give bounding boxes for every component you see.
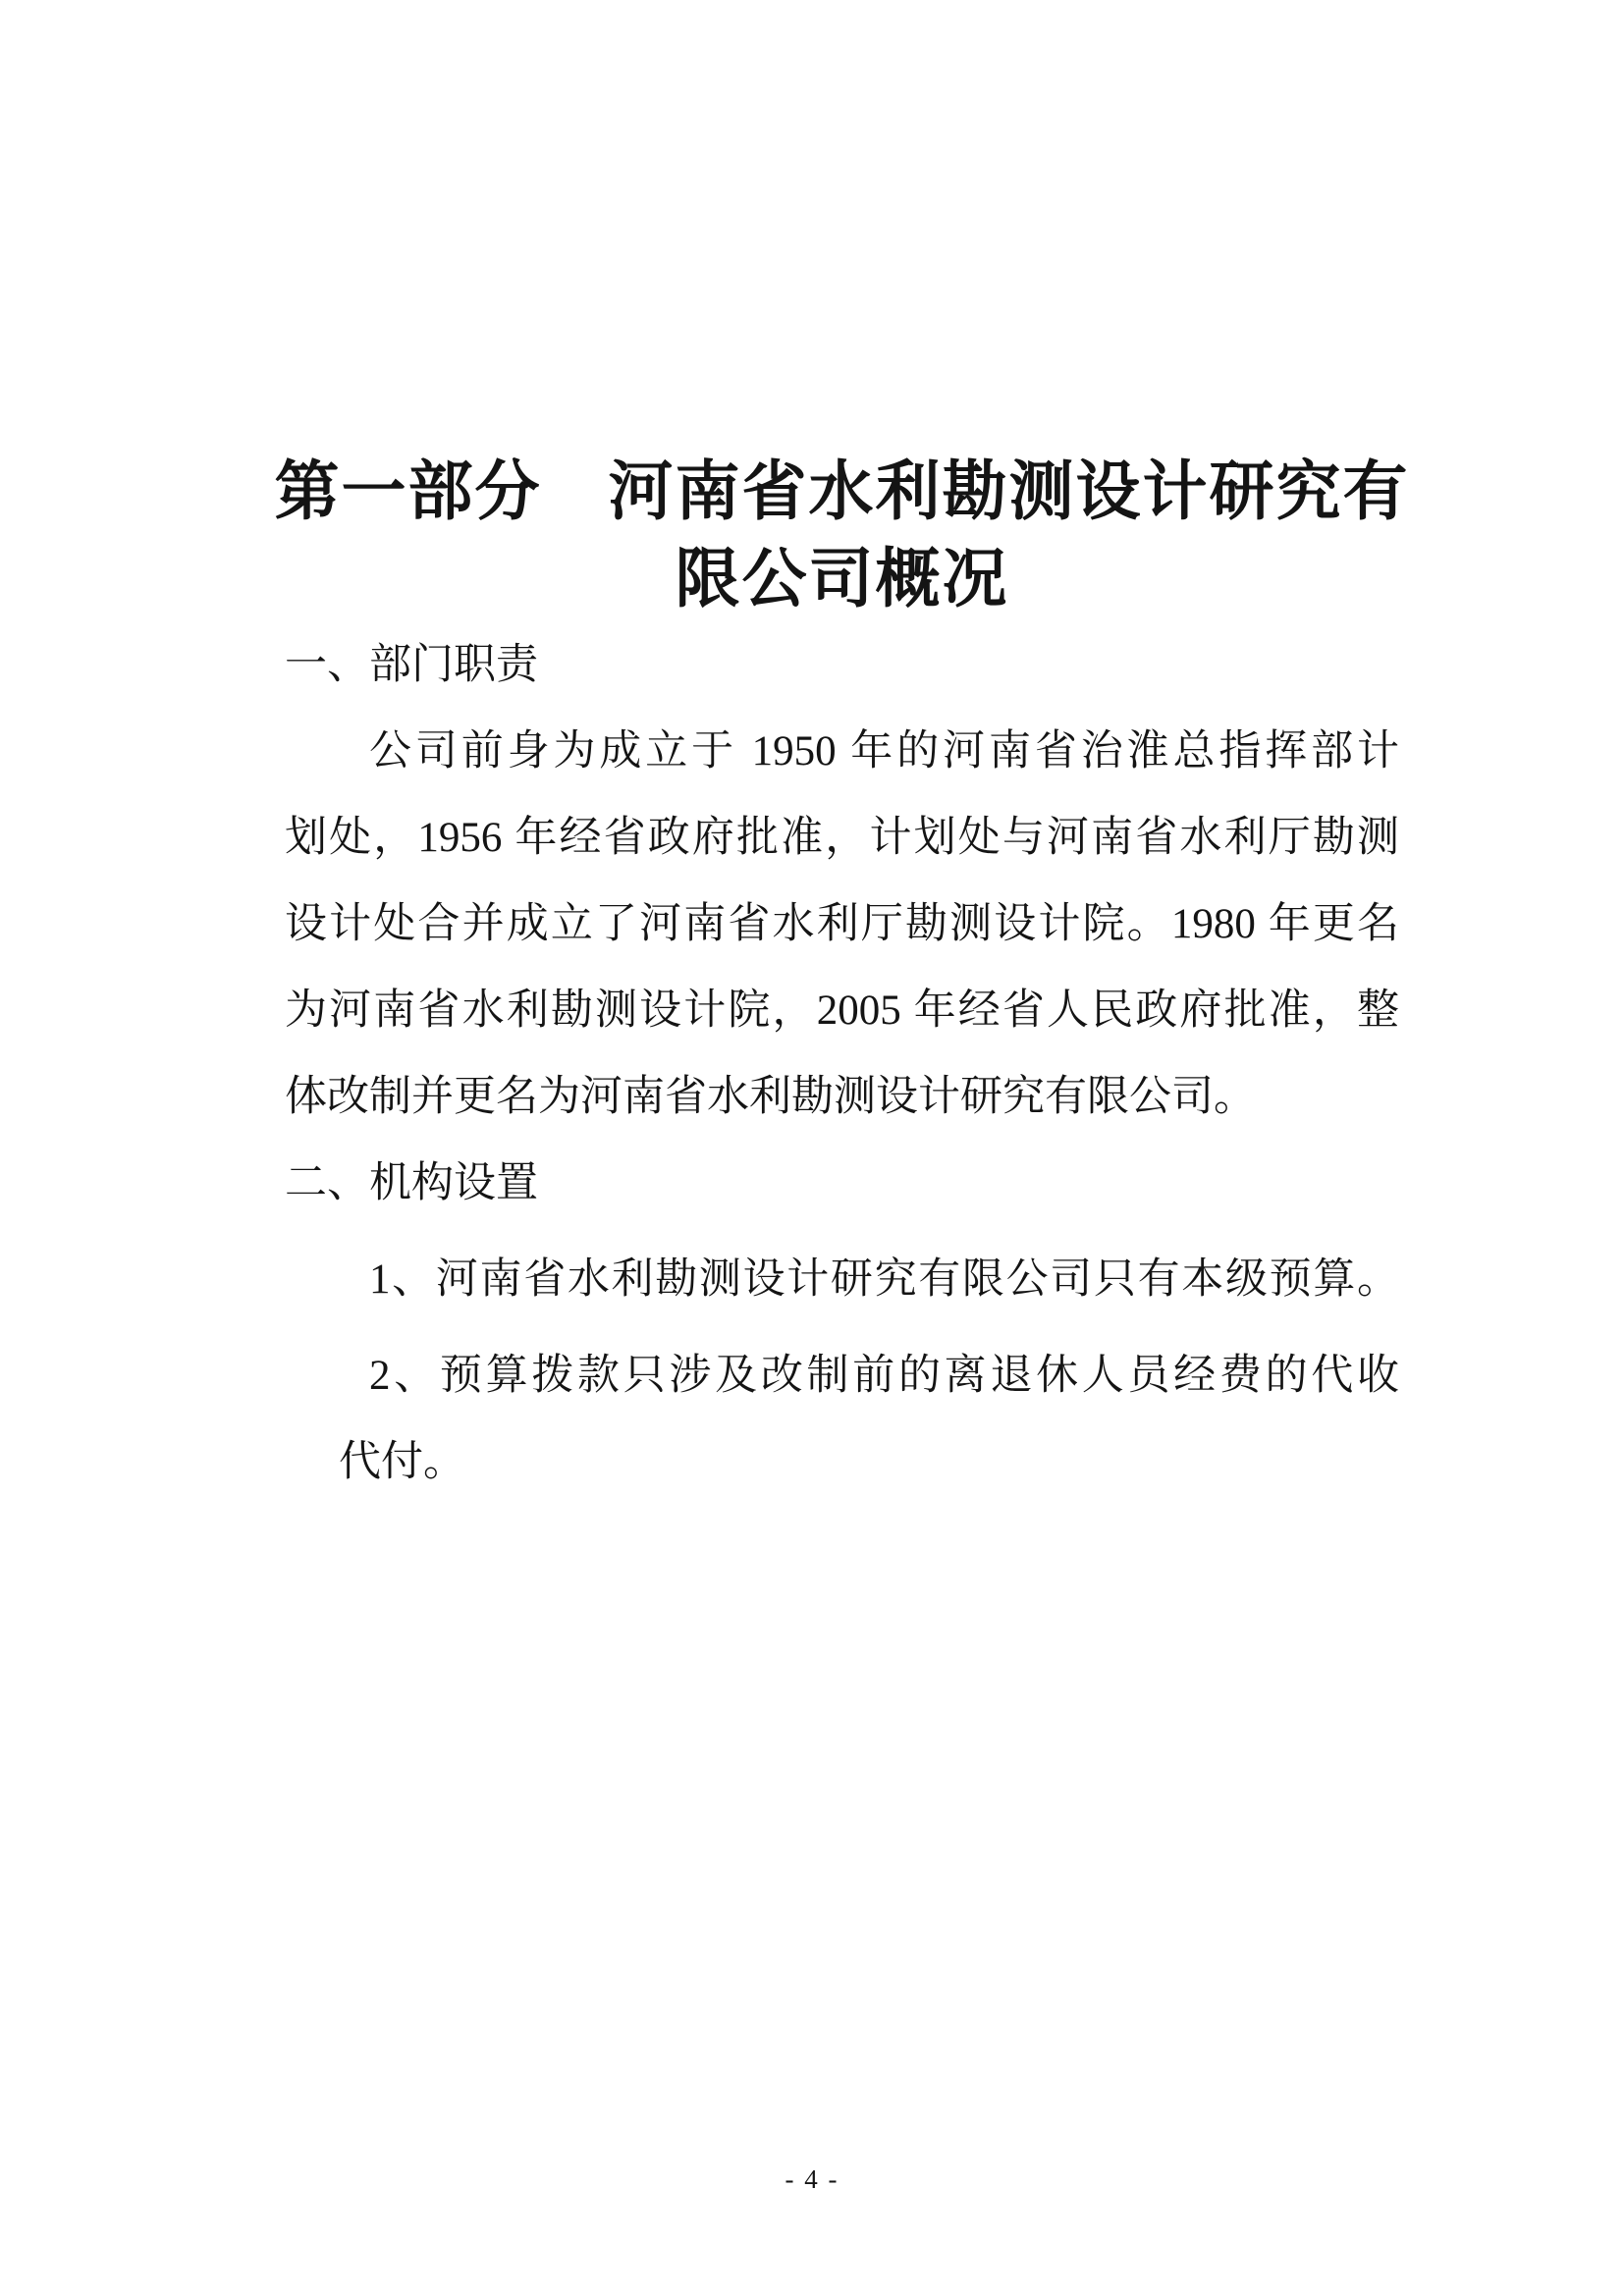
paragraph-line: 为河南省水利勘测设计院，2005 年经省人民政府批准，整 [285, 968, 1399, 1054]
list-item-2-line-2: 代付。 [285, 1419, 1399, 1506]
list-item-1: 1、河南省水利勘测设计研究有限公司只有本级预算。 [285, 1237, 1399, 1323]
section-2-heading: 二、机构设置 [285, 1141, 1399, 1227]
document-page: 第一部分 河南省水利勘测设计研究有 限公司概况 一、部门职责 公司前身为成立于 … [0, 0, 1624, 2296]
paragraph-line: 公司前身为成立于 1950 年的河南省治淮总指挥部计 [285, 709, 1399, 795]
document-content: 第一部分 河南省水利勘测设计研究有 限公司概况 一、部门职责 公司前身为成立于 … [285, 448, 1399, 1506]
section-1-heading: 一、部门职责 [285, 622, 1399, 709]
paragraph-line: 体改制并更名为河南省水利勘测设计研究有限公司。 [285, 1054, 1399, 1141]
document-title-line-2: 限公司概况 [250, 535, 1434, 622]
document-title-line-1: 第一部分 河南省水利勘测设计研究有 [250, 448, 1434, 535]
paragraph-line: 设计处合并成立了河南省水利厅勘测设计院。1980 年更名 [285, 881, 1399, 968]
paragraph-line: 划处，1956 年经省政府批准，计划处与河南省水利厅勘测 [285, 795, 1399, 881]
page-number: - 4 - [0, 2163, 1624, 2195]
list-item-2-line-1: 2、预算拨款只涉及改制前的离退休人员经费的代收 [285, 1333, 1399, 1419]
